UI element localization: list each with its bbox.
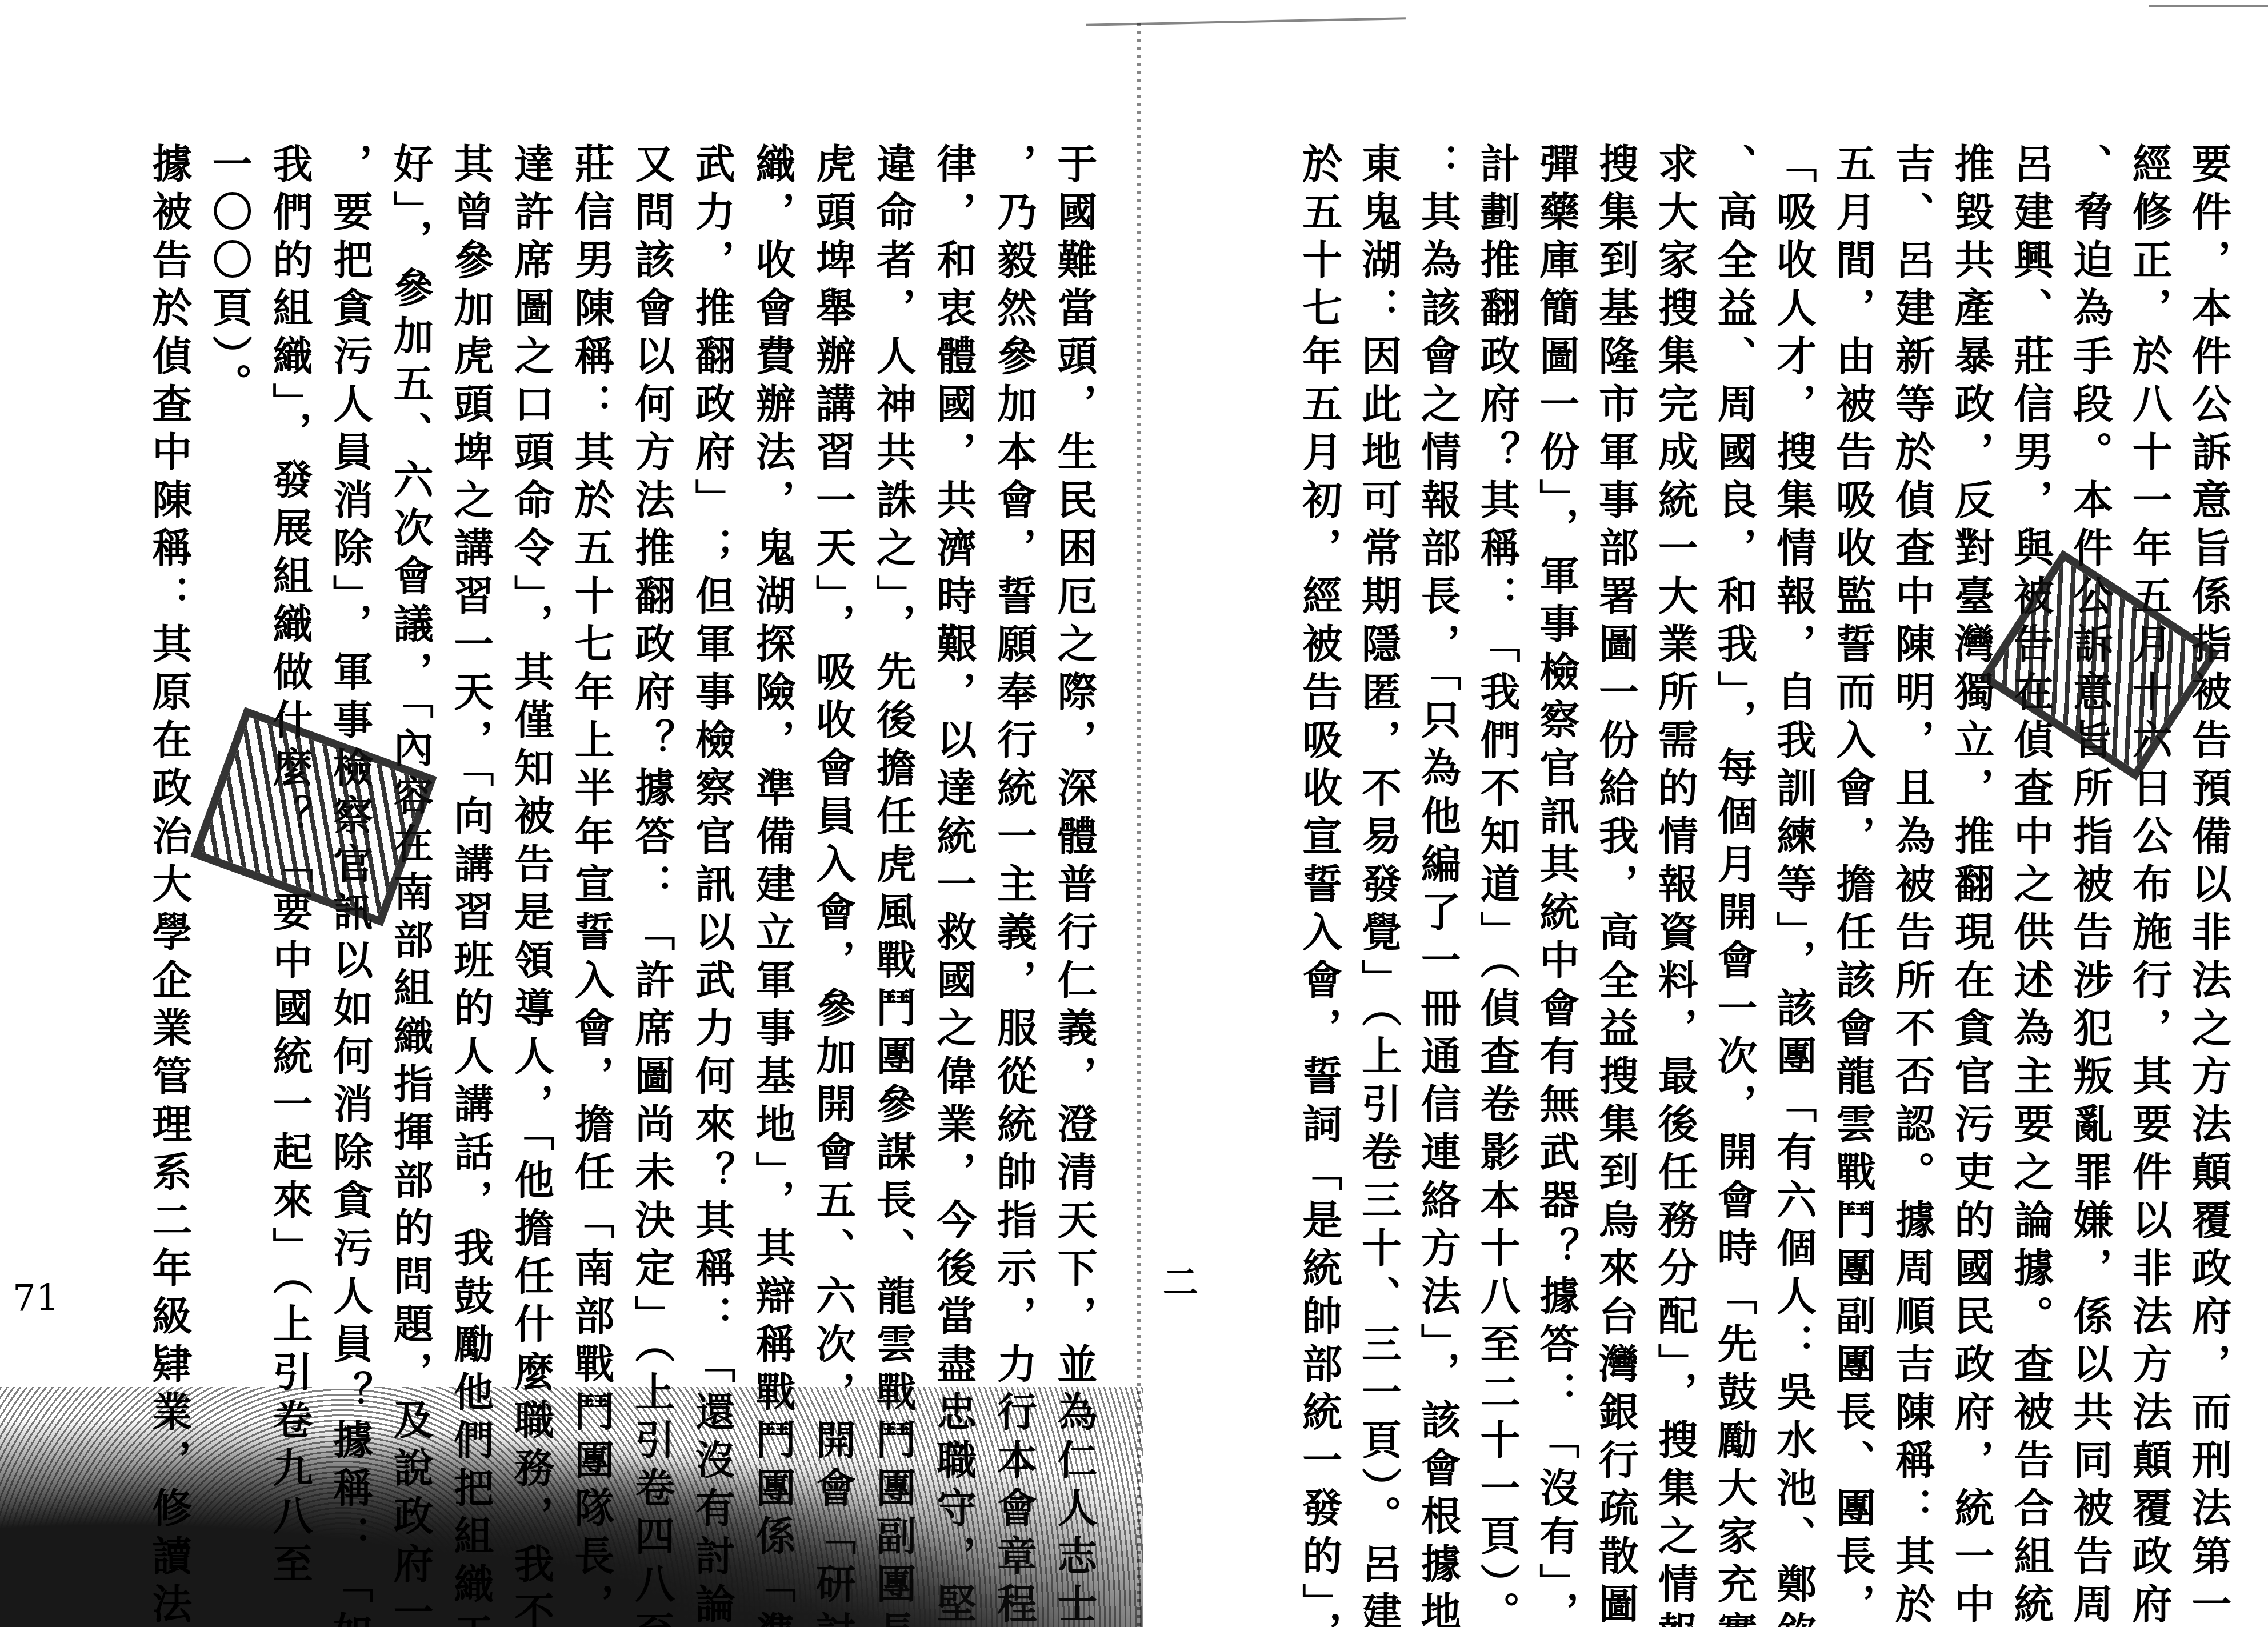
text-column: 五月間，由被告吸收監誓而入會，擔任該會龍雲戰鬥團副團長、團長，該團之任務係 (1814, 143, 1873, 1549)
text-column: 「吸收人才，搜集情報，自我訓練等」，該團「有六個人：吳水池、鄭欽華、呂建興 (1754, 143, 1814, 1549)
page-number-center: 二 (1163, 1254, 1198, 1305)
text-column: 虎頭埤舉辦講習一天」，吸收會員入會，參加開會五、六次，開會「研討如何發展組 (793, 143, 853, 1549)
page-number-left: 71 (13, 1277, 59, 1320)
text-column: 、高全益、周國良，和我」，每個月開會一次，開會時「先鼓勵大家充實自己，再要 (1695, 143, 1754, 1549)
text-column: 律，和衷體國，共濟時艱，以達統一救國之偉業，今後當盡忠職守，堅苦奮鬥，倘有 (913, 143, 974, 1549)
text-column: 呂建興、莊信男，與被告在偵查中之供述為主要之論據。查被告合組統中會之宗旨為 (1991, 143, 2051, 1549)
text-column: 要件，本件公訴意旨係指被告預備以非法之方法顛覆政府，而刑法第一百條第一項業 (2169, 143, 2229, 1549)
scanned-document: 要件，本件公訴意旨係指被告預備以非法之方法顛覆政府，而刑法第一百條第一項業 經修… (0, 0, 2268, 1627)
text-column: 武力，推翻政府」；但軍事檢察官訊以武力何來？其稱：「還沒有討論這些問題」。 (672, 143, 733, 1549)
text-column: 于國難當頭，生民困厄之際，深體普行仁義，澄清天下，並為仁人志士義無旁貸之責 (1034, 143, 1094, 1549)
text-column: 據被告於偵查中陳稱：其原在政治大學企業管理系二年級肄業，修讀法律系課程，成 (129, 143, 189, 1549)
text-column: 彈藥庫簡圖一份」，軍事檢察官訊其統中會有無武器？據答：「沒有」，又訊其如何 (1517, 143, 1577, 1549)
page-gutter (1137, 23, 1141, 1627)
text-column: ，乃毅然參加本會，誓願奉行統一主義，服從統帥指示，力行本會章程，嚴守本會紀 (974, 143, 1034, 1549)
text-column: 達許席圖之口頭命令」，其僅知被告是領導人，「他擔任什麼職務，我不太清楚」， (491, 143, 551, 1549)
text-column: 於五十七年五月初，經被告吸收宣誓入會，誓詞「是統帥部統一發的」，「內容是拉 (1280, 143, 1339, 1549)
text-column: 違命者，人神共誅之」，先後擔任虎風戰鬥團參謀長、龍雲戰鬥團副團長，「在台南 (853, 143, 914, 1549)
text-column: 推毀共產暴政，反對臺灣獨立，推翻現在貪官污吏的國民政府，統一中華，業據周順 (1932, 143, 1991, 1549)
text-column: 東鬼湖：因此地可常期隱匿，不易發覺」（上引卷三十、三一頁）。呂建興陳稱：其 (1339, 143, 1399, 1549)
text-column: 又問該會以何方法推翻政府？據答：「許席圖尚未決定」（上引卷四八至五三頁）。 (611, 143, 672, 1549)
text-column: 莊信男陳稱：其於五十七年上半年宣誓入會，擔任「南部戰鬥團隊長，是劉秀明來轉 (551, 143, 611, 1549)
text-column: ：其為該會之情報部長，「只為他編了一冊通信連絡方法」，該會根據地「準備以屏 (1399, 143, 1458, 1549)
text-column: 計劃推翻政府？其稱：「我們不知道」（偵查卷影本十八至二十一頁）。劉秀明陳稱 (1458, 143, 1517, 1549)
right-page-text: 要件，本件公訴意旨係指被告預備以非法之方法顛覆政府，而刑法第一百條第一項業 經修… (1280, 143, 2229, 1549)
text-column: 吉、呂建新等於偵查中陳明，且為被告所不否認。據周順吉陳稱：其於五十七年四、 (1873, 143, 1933, 1549)
text-column: 、脅迫為手段。本件公訴意旨所指被告涉犯叛亂罪嫌，係以共同被告周順吉、劉秀明、 (2051, 143, 2110, 1549)
text-column: 其曾參加虎頭埤之講習一天，「向講習班的人講話，我鼓勵他們把組織工作好好的做 (430, 143, 491, 1549)
text-column: 經修正，於八十一年五月十六日公布施行，其要件以非法方法顛覆政府須出之於強暴 (2110, 143, 2170, 1549)
text-column: 搜集到基隆市軍事部署圖一份給我，高全益搜集到烏來台灣銀行疏散圖一份、及汐止 (1577, 143, 1636, 1549)
scan-noise-smudge (0, 1387, 1143, 1627)
text-column: 織，收會費辦法，鬼湖探險，準備建立軍事基地」，其辯稱戰鬥團係「準備以後擴充 (732, 143, 793, 1549)
text-column: 求大家搜集完成統一大業所需的情報資料，最後任務分配」，搜集之情報：「周國良 (1636, 143, 1695, 1549)
